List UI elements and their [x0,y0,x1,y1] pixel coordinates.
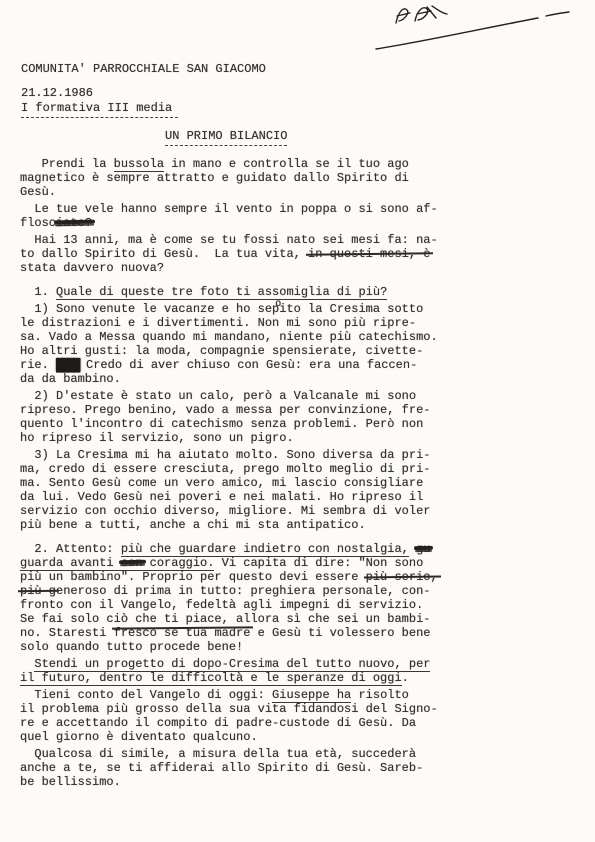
text-run: in mano e controlla se il tuo ago [164,157,409,171]
text-run: solo quando tutto procede bene! [20,640,243,654]
text-run: Gesù. [20,185,56,199]
text-line: solo quando tutto procede bene! [20,640,460,654]
paragraph: Prendi la bussola in mano e controlla se… [20,157,460,199]
text-run: Ho altri gusti: la moda, compagnie spens… [20,344,423,358]
text-run: Vi capita di dire: "Non sono [214,556,423,570]
text-line: Se fai solo ciò che ti piace, allora sì … [20,612,460,626]
text-line: 1) Sono venute le vacanze e ho sepoito l… [20,302,460,316]
text-line: il problema più grosso della sua vita fi… [20,702,460,716]
text-run: sa. Vado a Messa quando mi mandano, nien… [20,330,438,344]
text-line: anche a te, se ti affiderai allo Spirito… [20,761,460,775]
text-run: le distrazioni e i divertimenti. Non mi … [20,316,416,330]
text-run: Tieni conto del Vangelo di oggi: [20,688,272,702]
text-line: più generoso di prima in tutto: preghier… [20,584,460,598]
text-run: risolto [351,688,409,702]
text-line: più un bambino". Proprio per questo devi… [20,570,460,584]
text-run: guarda avanti [20,556,121,571]
text-line: Ho altri gusti: la moda, compagnie spens… [20,344,460,358]
text-run: 1. [20,285,56,299]
text-run: 3) La Cresima mi ha aiutato molto. Sono … [20,448,430,462]
text-run: Se fai solo ciò che ti piace, allora sì … [20,612,430,626]
text-run: più che guardare indietro con nostalgia, [121,542,409,557]
text-run: fronto con il Vangelo, fedeltà agli impe… [20,598,423,612]
document-title: UN PRIMO BILANCIO [165,129,287,146]
paragraph: 3) La Cresima mi ha aiutato molto. Sono … [20,448,460,532]
text-run: Stendi un progetto di dopo-Cresima del t… [34,657,430,672]
struck-out-text: più g [20,584,56,598]
text-run: anche a te, se ti affiderai allo Spirito… [20,761,423,775]
paragraph: 1. Quale di queste tre foto ti assomigli… [20,285,460,299]
text-run: Qualcosa di simile, a misura della tua e… [20,747,416,761]
text-line: fronto con il Vangelo, fedeltà agli impe… [20,598,460,612]
paragraph: Qualcosa di simile, a misura della tua e… [20,747,460,789]
text-run: to dallo Spirito di Gesù. La tua vita, [20,247,308,261]
text-run: bussola [114,157,164,172]
text-run: 2) D'estate è stato un calo, però a Valc… [20,389,416,403]
text-run: 1) Sono venute le vacanze e ho sep [20,302,279,316]
text-line: 2) D'estate è stato un calo, però a Valc… [20,389,460,403]
paragraph: Tieni conto del Vangelo di oggi: Giusepp… [20,688,460,744]
text-run: flosc [20,216,56,230]
text-run: ma, credo di essere cresciuta, prego mol… [20,462,430,476]
text-run: Hai 13 anni, ma è come se tu fossi nato … [20,233,438,247]
document-header: COMUNITA' PARROCCHIALE SAN GIACOMO 21.12… [21,62,266,118]
text-run: eneroso di prima in tutto: preghiera per… [56,584,430,598]
struck-out-text: in questi mesi, è [308,247,430,261]
text-run: ma. Sento Gesù come un vero amico, mi la… [20,476,423,490]
text-run: Credo di aver chiuso con Gesù: era una f… [79,358,417,372]
text-line: no. Staresti fresco se tua madre e Gesù … [20,626,460,640]
text-line: sa. Vado a Messa quando mi mandano, nien… [20,330,460,344]
text-run: ripreso. Prego benino, vado a messa per … [20,403,430,417]
text-run: 2. Attento: [20,542,121,556]
text-run: fresco se tua madre [114,626,251,640]
text-line: Le tue vele hanno sempre il vento in pop… [20,202,460,216]
text-line: il futuro, dentro le difficoltà e le spe… [20,671,460,685]
text-run: da da bambino. [20,372,121,386]
text-line: servizio con occhio diverso, migliore. M… [20,504,460,518]
text-run: quento l'incontro di catechismo senza pr… [20,417,423,431]
struck-out-text: con [121,556,143,571]
document-body: Prendi la bussola in mano e controlla se… [20,157,460,792]
text-line: Prendi la bussola in mano e controlla se… [20,157,460,171]
text-run: il problema più grosso della sua vita fi… [20,702,438,716]
text-line: flosciate? [20,216,460,230]
text-line: quento l'incontro di catechismo senza pr… [20,417,460,431]
paragraph: Hai 13 anni, ma è come se tu fossi nato … [20,233,460,275]
paragraph: Stendi un progetto di dopo-Cresima del t… [20,657,460,685]
text-line: 2. Attento: più che guardare indietro co… [20,542,460,556]
text-line: Hai 13 anni, ma è come se tu fossi nato … [20,233,460,247]
paragraph: 2. Attento: più che guardare indietro co… [20,542,460,654]
text-line: Stendi un progetto di dopo-Cresima del t… [20,657,460,671]
struck-out-text: iate? [56,216,92,230]
text-run: più bene a tutti, anche a chi mi sta ant… [20,518,366,532]
text-run: servizio con occhio diverso, migliore. M… [20,504,430,518]
text-run: be bellissimo. [20,775,121,789]
text-line: stata davvero nuova? [20,261,460,275]
text-run: ito la Cresima sotto [279,302,423,316]
text-run: . [402,671,409,685]
text-run: Quale di queste tre foto ti assomiglia d… [56,285,387,300]
text-line: ripreso. Prego benino, vado a messa per … [20,403,460,417]
text-run [20,657,34,671]
text-line: 3) La Cresima mi ha aiutato molto. Sono … [20,448,460,462]
text-line: rie. ████ Credo di aver chiuso con Gesù:… [20,358,460,372]
text-line: be bellissimo. [20,775,460,789]
redacted-scribble-word: ████ [56,358,79,372]
text-line: da lui. Vedo Gesù nei poveri e nei malat… [20,490,460,504]
handwritten-signature-scribble [372,2,584,54]
paragraph: 2) D'estate è stato un calo, però a Valc… [20,389,460,445]
struck-out-text: più serio, [366,570,438,584]
text-line: ma. Sento Gesù come un vero amico, mi la… [20,476,460,490]
text-line: da da bambino. [20,372,460,386]
text-line: magnetico è sempre attratto e guidato da… [20,171,460,185]
scanned-document-page: COMUNITA' PARROCCHIALE SAN GIACOMO 21.12… [0,0,595,842]
struck-out-text: gu [416,542,430,556]
text-line: Qualcosa di simile, a misura della tua e… [20,747,460,761]
text-line: quel giorno è diventato qualcuno. [20,730,460,744]
text-run: quel giorno è diventato qualcuno. [20,730,258,744]
text-run: no. Staresti [20,626,114,640]
text-line: Tieni conto del Vangelo di oggi: Giusepp… [20,688,460,702]
text-line: le distrazioni e i divertimenti. Non mi … [20,316,460,330]
text-line: più bene a tutti, anche a chi mi sta ant… [20,518,460,532]
text-run: più un bambino". Proprio per questo devi… [20,570,366,584]
text-line: ho ripreso il servizio, sono un pigro. [20,431,460,445]
text-run: Giuseppe ha [272,688,351,703]
text-run: magnetico è sempre attratto e guidato da… [20,171,409,185]
text-line: re e accettando il compito di padre-cust… [20,716,460,730]
text-run: e Gesù ti volessero bene [250,626,430,640]
text-run: stata davvero nuova? [20,261,164,275]
text-run: da lui. Vedo Gesù nei poveri e nei malat… [20,490,423,504]
paragraph: 1) Sono venute le vacanze e ho sepoito l… [20,302,460,386]
document-date: 21.12.1986 [21,86,266,100]
text-run: rie. [20,358,56,372]
text-line: Gesù. [20,185,460,199]
text-run: coraggio. [142,556,214,571]
text-line: to dallo Spirito di Gesù. La tua vita, i… [20,247,460,261]
organization-name: COMUNITA' PARROCCHIALE SAN GIACOMO [21,62,266,76]
text-line: guarda avanti con coraggio. Vi capita di… [20,556,460,570]
title-row: UN PRIMO BILANCIO [165,129,287,146]
text-run: ho ripreso il servizio, sono un pigro. [20,431,294,445]
text-line: ma, credo di essere cresciuta, prego mol… [20,462,460,476]
document-subtitle: I formativa III media [21,101,178,118]
text-run: il futuro, dentro le difficoltà e le spe… [20,671,402,686]
paragraph: Le tue vele hanno sempre il vento in pop… [20,202,460,230]
text-run: re e accettando il compito di padre-cust… [20,716,416,730]
text-run: Le tue vele hanno sempre il vento in pop… [20,202,438,216]
text-run: Prendi la [20,157,114,171]
text-line: 1. Quale di queste tre foto ti assomigli… [20,285,460,299]
